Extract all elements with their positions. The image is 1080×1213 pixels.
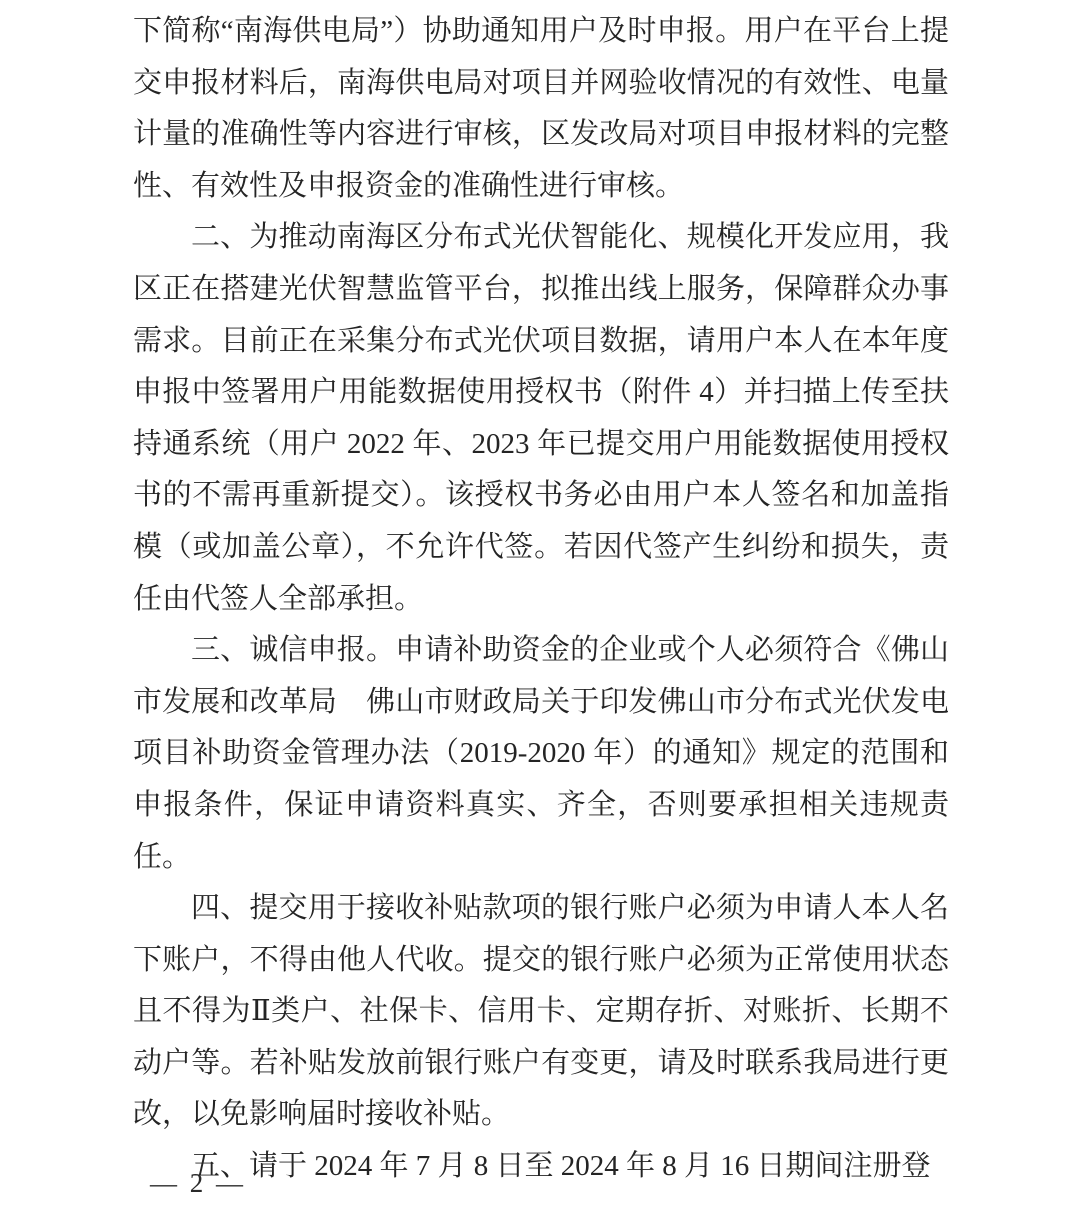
document-page: 下简称“南海供电局”）协助通知用户及时申报。用户在平台上提交申报材料后，南海供电… — [0, 0, 1080, 1213]
document-body: 下简称“南海供电局”）协助通知用户及时申报。用户在平台上提交申报材料后，南海供电… — [133, 6, 949, 1193]
paragraph-item-5: 五、请于 2024 年 7 月 8 日至 2024 年 8 月 16 日期间注册… — [133, 1141, 949, 1193]
paragraph-item-4: 四、提交用于接收补贴款项的银行账户必须为申请人本人名下账户，不得由他人代收。提交… — [133, 883, 949, 1141]
paragraph-item-3: 三、诚信申报。申请补助资金的企业或个人必须符合《佛山市发展和改革局 佛山市财政局… — [133, 625, 949, 883]
paragraph-continuation: 下简称“南海供电局”）协助通知用户及时申报。用户在平台上提交申报材料后，南海供电… — [133, 6, 949, 212]
page-number: — 2 — — [150, 1168, 246, 1199]
paragraph-item-2: 二、为推动南海区分布式光伏智能化、规模化开发应用，我区正在搭建光伏智慧监管平台，… — [133, 212, 949, 625]
